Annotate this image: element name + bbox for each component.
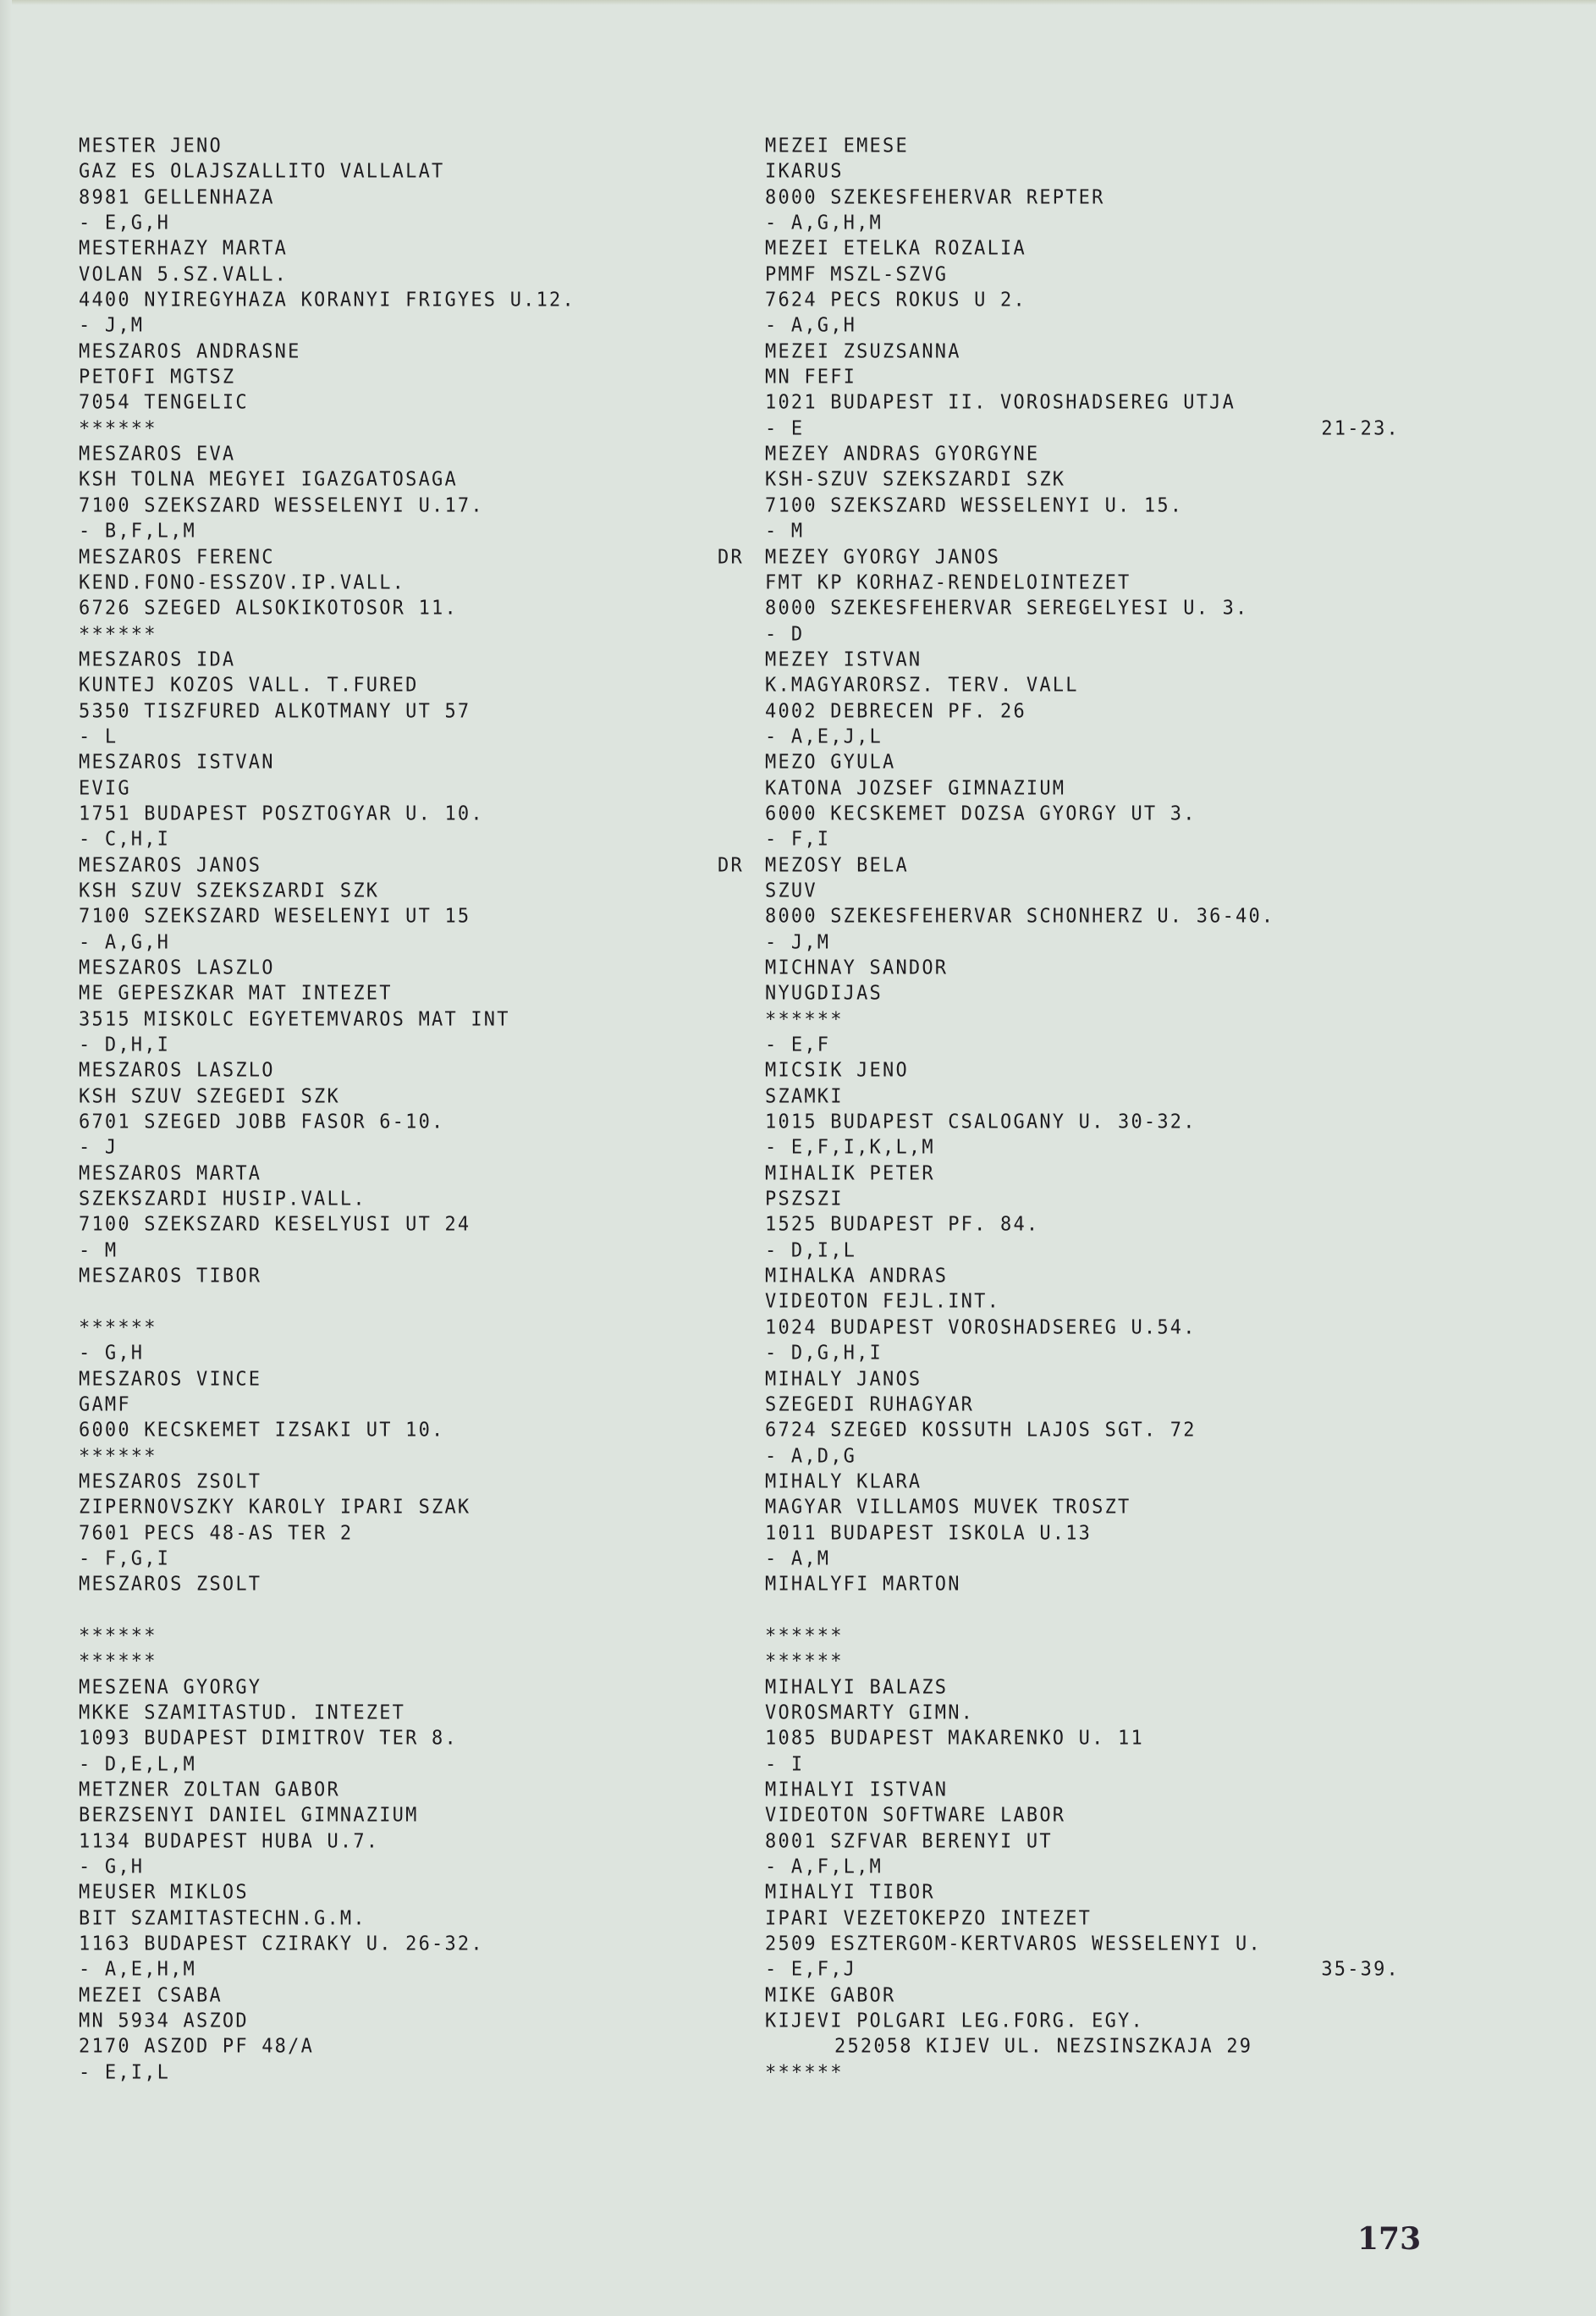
line-text: KEND.FONO-ESSZOV.IP.VALL. — [79, 571, 405, 593]
line-text: KIJEVI POLGARI LEG.FORG. EGY. — [765, 2010, 1144, 2032]
directory-line: ZIPERNOVSZKY KAROLY IPARI SZAK — [79, 1494, 705, 1521]
line-text: KSH SZUV SZEGEDI SZK — [79, 1085, 340, 1107]
line-text: - M — [79, 1239, 118, 1261]
line-text: KSH SZUV SZEKSZARDI SZK — [79, 880, 379, 902]
line-text: 8981 GELLENHAZA — [79, 186, 275, 208]
directory-line: MEUSER MIKLOS — [79, 1880, 705, 1907]
directory-line: 1093 BUDAPEST DIMITROV TER 8. — [79, 1726, 705, 1753]
line-text: ****** — [79, 1316, 157, 1338]
directory-line: 6000 KECSKEMET IZSAKI UT 10. — [79, 1417, 705, 1444]
directory-line: MIHALYI ISTVAN — [765, 1777, 1408, 1804]
line-text: MEZEI CSABA — [79, 1984, 223, 2006]
directory-line: 7100 SZEKSZARD WESSELENYI U.17. — [79, 493, 705, 520]
entry-codes: - E,I,L — [79, 2060, 705, 2087]
entry-separator: ****** — [79, 1649, 705, 1676]
directory-line: MN 5934 ASZOD — [79, 2008, 705, 2035]
directory-line: MESZAROS JANOS — [79, 852, 705, 880]
directory-line: K.MAGYARORSZ. TERV. VALL — [765, 672, 1408, 699]
line-text: MIHALYI ISTVAN — [765, 1778, 948, 1800]
entry-codes: - B,F,L,M — [79, 518, 705, 545]
directory-line: IPARI VEZETOKEPZO INTEZET — [765, 1905, 1408, 1933]
directory-line: MESZAROS TIBOR — [79, 1263, 705, 1290]
entry-codes: - E21-23. — [765, 416, 1408, 443]
line-text: ME GEPESZKAR MAT INTEZET — [79, 983, 393, 1005]
line-text: PSZSZI — [765, 1188, 844, 1210]
line-text: MIHALYI TIBOR — [765, 1882, 935, 1904]
directory-line: MN FEFI — [765, 364, 1408, 391]
entry-codes: - D — [765, 621, 1408, 648]
line-text: MESZAROS LASZLO — [79, 1060, 275, 1082]
page-number: 173 — [1357, 2221, 1421, 2257]
entry-separator: ****** — [765, 2060, 1408, 2087]
line-text: BIT SZAMITASTECHN.G.M. — [79, 1907, 366, 1929]
directory-line: 8981 GELLENHAZA — [79, 185, 705, 212]
line-text: ****** — [79, 623, 157, 645]
line-text: - G,H — [79, 1856, 144, 1878]
line-text: 7100 SZEKSZARD WESELENYI UT 15 — [79, 906, 471, 928]
line-text: - B,F,L,M — [79, 520, 196, 542]
directory-line: 4400 NYIREGYHAZA KORANYI FRIGYES U.12. — [79, 287, 705, 314]
directory-line: KSH SZUV SZEKSZARDI SZK — [79, 878, 705, 905]
directory-line: 1021 BUDAPEST II. VOROSHADSEREG UTJA — [765, 390, 1408, 417]
entry-codes: - F,I — [765, 827, 1408, 854]
line-text: MESZAROS FERENC — [79, 546, 275, 568]
directory-line: SZUV — [765, 878, 1408, 905]
directory-line — [765, 1597, 1408, 1624]
directory-line: MESZAROS LASZLO — [79, 1058, 705, 1085]
directory-line: MIKE GABOR — [765, 1982, 1408, 2010]
directory-line: 1163 BUDAPEST CZIRAKY U. 26-32. — [79, 1931, 705, 1958]
line-text: MEZEY ANDRAS GYORGYNE — [765, 443, 1039, 465]
line-text: 1525 BUDAPEST PF. 84. — [765, 1214, 1039, 1236]
directory-line: METZNER ZOLTAN GABOR — [79, 1777, 705, 1804]
directory-line: 7054 TENGELIC — [79, 390, 705, 417]
directory-line: 8000 SZEKESFEHERVAR REPTER — [765, 185, 1408, 212]
line-text: - E,F,J — [765, 1959, 856, 1981]
entry-codes: - C,H,I — [79, 827, 705, 854]
line-text: MKKE SZAMITASTUD. INTEZET — [79, 1701, 405, 1723]
directory-line: MEZEI ETELKA ROZALIA — [765, 236, 1408, 263]
line-text: 7100 SZEKSZARD KESELYUSI UT 24 — [79, 1214, 471, 1236]
line-text: MEZEI ETELKA ROZALIA — [765, 238, 1026, 260]
directory-line: MESZAROS VINCE — [79, 1366, 705, 1393]
line-text: MESZAROS LASZLO — [79, 957, 275, 979]
directory-line: 6726 SZEGED ALSOKIKOTOSOR 11. — [79, 595, 705, 622]
line-text: IKARUS — [765, 161, 844, 183]
line-text: PETOFI MGTSZ — [79, 366, 235, 388]
line-text: MESZAROS ZSOLT — [79, 1470, 261, 1492]
line-text: - A,E,H,M — [79, 1959, 196, 1981]
line-text: - A,G,H — [79, 931, 170, 953]
title-prefix: DR — [718, 544, 744, 571]
entry-codes: - E,F,I,K,L,M — [765, 1135, 1408, 1162]
entry-codes: - A,M — [765, 1546, 1408, 1573]
entry-codes: - E,G,H — [79, 210, 705, 237]
line-text: ****** — [79, 1651, 157, 1673]
entry-codes: - I — [765, 1751, 1408, 1778]
directory-line: MESZAROS ZSOLT — [79, 1469, 705, 1496]
directory-column-right: MEZEI EMESEIKARUS8000 SZEKESFEHERVAR REP… — [765, 134, 1408, 2086]
line-text: EVIG — [79, 777, 131, 799]
entry-separator: ****** — [79, 416, 705, 443]
entry-codes: - E,F,J35-39. — [765, 1957, 1408, 1984]
line-text: VIDEOTON FEJL.INT. — [765, 1291, 1000, 1313]
directory-line: PETOFI MGTSZ — [79, 364, 705, 391]
directory-line: 7100 SZEKSZARD KESELYUSI UT 24 — [79, 1212, 705, 1239]
directory-line: KSH TOLNA MEGYEI IGAZGATOSAGA — [79, 467, 705, 494]
directory-line: MICHNAY SANDOR — [765, 955, 1408, 982]
directory-line: MEZEI ZSUZSANNA — [765, 339, 1408, 366]
directory-line: 8001 SZFVAR BERENYI UT — [765, 1828, 1408, 1856]
line-text: 1024 BUDAPEST VOROSHADSEREG U.54. — [765, 1316, 1197, 1338]
line-text: - E,F,I,K,L,M — [765, 1137, 935, 1159]
line-text: 2170 ASZOD PF 48/A — [79, 2036, 314, 2058]
entry-separator: ****** — [79, 1315, 705, 1342]
directory-column-left: MESTER JENOGAZ ES OLAJSZALLITO VALLALAT8… — [79, 134, 705, 2086]
directory-line: KIJEVI POLGARI LEG.FORG. EGY. — [765, 2008, 1408, 2035]
line-text: - E,G,H — [79, 212, 170, 234]
directory-line: 1134 BUDAPEST HUBA U.7. — [79, 1828, 705, 1856]
entry-codes: - J,M — [79, 313, 705, 340]
directory-line: PSZSZI — [765, 1186, 1408, 1213]
line-text: GAMF — [79, 1393, 131, 1415]
directory-line: MICSIK JENO — [765, 1058, 1408, 1085]
line-text: 1015 BUDAPEST CSALOGANY U. 30-32. — [765, 1111, 1197, 1133]
line-text: MESZAROS IDA — [79, 648, 235, 670]
line-text: 252058 KIJEV UL. NEZSINSZKAJA 29 — [834, 2036, 1252, 2058]
line-text: ****** — [765, 1008, 844, 1030]
line-text: - A,G,H,M — [765, 212, 883, 234]
line-text: ****** — [765, 1624, 844, 1646]
directory-line: EVIG — [79, 775, 705, 802]
line-text: SZUV — [765, 880, 817, 902]
directory-line: MKKE SZAMITASTUD. INTEZET — [79, 1700, 705, 1727]
entry-separator: ****** — [765, 1623, 1408, 1650]
entry-codes: - D,I,L — [765, 1238, 1408, 1265]
line-text: MEZEY GYORGY JANOS — [765, 546, 1000, 568]
directory-line: VIDEOTON FEJL.INT. — [765, 1289, 1408, 1316]
line-text: - J,M — [765, 931, 830, 953]
line-text: ****** — [79, 1624, 157, 1646]
line-text: - D,I,L — [765, 1239, 856, 1261]
directory-line: VOROSMARTY GIMN. — [765, 1700, 1408, 1727]
line-text: KUNTEJ KOZOS VALL. T.FURED — [79, 675, 419, 697]
directory-line: KSH-SZUV SZEKSZARDI SZK — [765, 467, 1408, 494]
directory-line: 8000 SZEKESFEHERVAR SEREGELYESI U. 3. — [765, 595, 1408, 622]
directory-line: MESTER JENO — [79, 133, 705, 160]
line-text: - A,F,L,M — [765, 1856, 883, 1878]
line-text: MIHALYFI MARTON — [765, 1574, 961, 1596]
entry-codes: - J,M — [765, 929, 1408, 957]
line-text: K.MAGYARORSZ. TERV. VALL — [765, 675, 1079, 697]
line-text: ****** — [79, 417, 157, 439]
directory-line: KSH SZUV SZEGEDI SZK — [79, 1084, 705, 1111]
line-text: MESZAROS ZSOLT — [79, 1574, 261, 1596]
directory-line: 7100 SZEKSZARD WESELENYI UT 15 — [79, 904, 705, 931]
line-text: MN FEFI — [765, 366, 856, 388]
title-prefix: DR — [718, 852, 744, 880]
directory-line: 1751 BUDAPEST POSZTOGYAR U. 10. — [79, 801, 705, 828]
directory-line: 6724 SZEGED KOSSUTH LAJOS SGT. 72 — [765, 1417, 1408, 1444]
directory-line: FMT KP KORHAZ-RENDELOINTEZET — [765, 570, 1408, 597]
line-text: 7624 PECS ROKUS U 2. — [765, 289, 1026, 311]
entry-codes: - A,G,H — [765, 313, 1408, 340]
directory-line: MIHALIK PETER — [765, 1161, 1408, 1188]
line-text: IPARI VEZETOKEPZO INTEZET — [765, 1907, 1092, 1929]
directory-line: 6000 KECSKEMET DOZSA GYORGY UT 3. — [765, 801, 1408, 828]
line-text: ****** — [79, 1445, 157, 1467]
page-top-edge — [0, 0, 1596, 5]
line-text: 8000 SZEKESFEHERVAR REPTER — [765, 186, 1105, 208]
directory-line: 7100 SZEKSZARD WESSELENYI U. 15. — [765, 493, 1408, 520]
entry-codes: - L — [79, 724, 705, 751]
directory-line: MESZAROS ANDRASNE — [79, 339, 705, 366]
line-text: 4400 NYIREGYHAZA KORANYI FRIGYES U.12. — [79, 289, 575, 311]
directory-line — [79, 1289, 705, 1316]
line-text: 1134 BUDAPEST HUBA U.7. — [79, 1830, 379, 1852]
line-text: 1751 BUDAPEST POSZTOGYAR U. 10. — [79, 802, 484, 824]
directory-line: ME GEPESZKAR MAT INTEZET — [79, 981, 705, 1008]
line-text: ****** — [765, 1651, 844, 1673]
line-text: MIHALY JANOS — [765, 1368, 922, 1390]
directory-line: MIHALY JANOS — [765, 1366, 1408, 1393]
entry-codes: - D,H,I — [79, 1032, 705, 1059]
directory-line: 6701 SZEGED JOBB FASOR 6-10. — [79, 1109, 705, 1136]
directory-line: SZAMKI — [765, 1084, 1408, 1111]
line-text: - D,E,L,M — [79, 1753, 196, 1775]
entry-codes: - E,F — [765, 1032, 1408, 1059]
address-continuation: 21-23. — [1321, 416, 1400, 443]
entry-codes: - M — [765, 518, 1408, 545]
line-text: MIKE GABOR — [765, 1984, 895, 2006]
line-text: - M — [765, 520, 804, 542]
entry-codes: - D,G,H,I — [765, 1340, 1408, 1367]
page-binding-edge — [0, 0, 12, 2316]
directory-line: MIHALYI TIBOR — [765, 1880, 1408, 1907]
line-text: - I — [765, 1753, 804, 1775]
line-text: 1085 BUDAPEST MAKARENKO U. 11 — [765, 1728, 1144, 1750]
line-text: SZEKSZARDI HUSIP.VALL. — [79, 1188, 366, 1210]
entry-codes: - G,H — [79, 1340, 705, 1367]
directory-line: MIHALY KLARA — [765, 1469, 1408, 1496]
directory-line: BERZSENYI DANIEL GIMNAZIUM — [79, 1803, 705, 1830]
directory-line: 1525 BUDAPEST PF. 84. — [765, 1212, 1408, 1239]
line-text: 7100 SZEKSZARD WESSELENYI U. 15. — [765, 494, 1183, 516]
line-text: MIHALKA ANDRAS — [765, 1265, 948, 1287]
line-text: 7100 SZEKSZARD WESSELENYI U.17. — [79, 494, 484, 516]
line-text: MESZAROS MARTA — [79, 1162, 261, 1184]
directory-line: 1015 BUDAPEST CSALOGANY U. 30-32. — [765, 1109, 1408, 1136]
directory-line: MESZAROS ZSOLT — [79, 1571, 705, 1598]
line-text: MESTERHAZY MARTA — [79, 238, 288, 260]
line-text: 6701 SZEGED JOBB FASOR 6-10. — [79, 1111, 444, 1133]
line-text: - F,G,I — [79, 1547, 170, 1569]
directory-line: MESZAROS FERENC — [79, 544, 705, 571]
line-text: METZNER ZOLTAN GABOR — [79, 1778, 340, 1800]
line-text: MEZEI EMESE — [765, 135, 909, 157]
line-text: MESTER JENO — [79, 135, 223, 157]
directory-line: MEZO GYULA — [765, 749, 1408, 776]
line-text: - A,D,G — [765, 1445, 856, 1467]
line-text: - L — [79, 725, 118, 747]
line-text: VOROSMARTY GIMN. — [765, 1701, 974, 1723]
entry-separator: ****** — [79, 1443, 705, 1470]
line-text: 3515 MISKOLC EGYETEMVAROS MAT INT — [79, 1008, 510, 1030]
entry-codes: - A,D,G — [765, 1443, 1408, 1470]
entry-codes: - M — [79, 1238, 705, 1265]
line-text: MESZAROS VINCE — [79, 1368, 261, 1390]
directory-line — [79, 1597, 705, 1624]
line-text: MICSIK JENO — [765, 1060, 909, 1082]
line-text: - E — [765, 417, 804, 439]
line-text: MESZAROS TIBOR — [79, 1265, 261, 1287]
directory-line: MEZEY ANDRAS GYORGYNE — [765, 441, 1408, 468]
directory-line: GAMF — [79, 1392, 705, 1419]
directory-line: MESZAROS LASZLO — [79, 955, 705, 982]
line-text: MEZOSY BELA — [765, 854, 909, 876]
directory-line: MESZAROS EVA — [79, 441, 705, 468]
entry-separator: ****** — [79, 1623, 705, 1650]
line-text: - A,M — [765, 1547, 830, 1569]
entry-codes: - A,E,J,L — [765, 724, 1408, 751]
entry-codes: - J — [79, 1135, 705, 1162]
directory-line: MESTERHAZY MARTA — [79, 236, 705, 263]
entry-codes: - D,E,L,M — [79, 1751, 705, 1778]
line-text: ZIPERNOVSZKY KAROLY IPARI SZAK — [79, 1497, 471, 1519]
directory-line: 252058 KIJEV UL. NEZSINSZKAJA 29 — [765, 2034, 1408, 2061]
directory-line: 2170 ASZOD PF 48/A — [79, 2034, 705, 2061]
line-text: MESZAROS JANOS — [79, 854, 261, 876]
line-text: 6000 KECSKEMET DOZSA GYORGY UT 3. — [765, 802, 1197, 824]
line-text: - J — [79, 1137, 118, 1159]
line-text: - A,E,J,L — [765, 725, 883, 747]
directory-line: 7624 PECS ROKUS U 2. — [765, 287, 1408, 314]
directory-line: SZEGEDI RUHAGYAR — [765, 1392, 1408, 1419]
entry-codes: - A,G,H — [79, 929, 705, 957]
directory-line: 1085 BUDAPEST MAKARENKO U. 11 — [765, 1726, 1408, 1753]
entry-separator: ****** — [765, 1006, 1408, 1034]
directory-line: 4002 DEBRECEN PF. 26 — [765, 698, 1408, 725]
line-text: PMMF MSZL-SZVG — [765, 263, 948, 285]
directory-line: MIHALYI BALAZS — [765, 1674, 1408, 1701]
line-text: FMT KP KORHAZ-RENDELOINTEZET — [765, 571, 1131, 593]
directory-line: MIHALYFI MARTON — [765, 1571, 1408, 1598]
line-text: MEZEI ZSUZSANNA — [765, 340, 961, 362]
entry-separator: ****** — [765, 1649, 1408, 1676]
directory-line: MEZEY ISTVAN — [765, 647, 1408, 674]
line-text: VIDEOTON SOFTWARE LABOR — [765, 1805, 1065, 1827]
directory-line: KUNTEJ KOZOS VALL. T.FURED — [79, 672, 705, 699]
line-text: MEZEY ISTVAN — [765, 648, 922, 670]
entry-codes: - F,G,I — [79, 1546, 705, 1573]
line-text: MIHALYI BALAZS — [765, 1676, 948, 1698]
line-text: - E,F — [765, 1034, 830, 1056]
directory-line: VOLAN 5.SZ.VALL. — [79, 262, 705, 289]
line-text: - D,G,H,I — [765, 1342, 883, 1364]
line-text: GAZ ES OLAJSZALLITO VALLALAT — [79, 161, 444, 183]
entry-separator: ****** — [79, 621, 705, 648]
line-text: 8001 SZFVAR BERENYI UT — [765, 1830, 1053, 1852]
directory-line: VIDEOTON SOFTWARE LABOR — [765, 1803, 1408, 1830]
directory-line: 7601 PECS 48-AS TER 2 — [79, 1520, 705, 1547]
directory-line: 2509 ESZTERGOM-KERTVAROS WESSELENYI U. — [765, 1931, 1408, 1958]
line-text: MIHALIK PETER — [765, 1162, 935, 1184]
directory-line: IKARUS — [765, 159, 1408, 186]
line-text: 1011 BUDAPEST ISKOLA U.13 — [765, 1522, 1092, 1544]
directory-line: 3515 MISKOLC EGYETEMVAROS MAT INT — [79, 1006, 705, 1034]
line-text: 2509 ESZTERGOM-KERTVAROS WESSELENYI U. — [765, 1933, 1262, 1955]
directory-line: NYUGDIJAS — [765, 981, 1408, 1008]
directory-line: MIHALKA ANDRAS — [765, 1263, 1408, 1290]
line-text: - C,H,I — [79, 829, 170, 851]
line-text: 6000 KECSKEMET IZSAKI UT 10. — [79, 1420, 444, 1442]
line-text: MEZO GYULA — [765, 752, 895, 774]
directory-line: KATONA JOZSEF GIMNAZIUM — [765, 775, 1408, 802]
line-text: 1021 BUDAPEST II. VOROSHADSEREG UTJA — [765, 392, 1236, 414]
line-text: VOLAN 5.SZ.VALL. — [79, 263, 288, 285]
directory-line: MESZENA GYORGY — [79, 1674, 705, 1701]
directory-line: BIT SZAMITASTECHN.G.M. — [79, 1905, 705, 1933]
line-text: - E,I,L — [79, 2061, 170, 2083]
directory-line: MESZAROS MARTA — [79, 1161, 705, 1188]
directory-line: MEZEI EMESE — [765, 133, 1408, 160]
line-text: 8000 SZEKESFEHERVAR SCHONHERZ U. 36-40. — [765, 906, 1274, 928]
line-text: KSH-SZUV SZEKSZARDI SZK — [765, 469, 1065, 491]
line-text: ****** — [765, 2061, 844, 2083]
line-text: KSH TOLNA MEGYEI IGAZGATOSAGA — [79, 469, 458, 491]
line-text: MESZAROS EVA — [79, 443, 235, 465]
line-text: 7054 TENGELIC — [79, 392, 249, 414]
line-text: - F,I — [765, 829, 830, 851]
line-text: SZEGEDI RUHAGYAR — [765, 1393, 974, 1415]
line-text: - A,G,H — [765, 315, 856, 337]
line-text: MAGYAR VILLAMOS MUVEK TROSZT — [765, 1497, 1131, 1519]
line-text: MESZENA GYORGY — [79, 1676, 261, 1698]
line-text: - D — [765, 623, 804, 645]
line-text: 1093 BUDAPEST DIMITROV TER 8. — [79, 1728, 458, 1750]
line-text: NYUGDIJAS — [765, 983, 883, 1005]
entry-codes: - A,E,H,M — [79, 1957, 705, 1984]
line-text: MEUSER MIKLOS — [79, 1882, 249, 1904]
line-text: MIHALY KLARA — [765, 1470, 922, 1492]
line-text: MN 5934 ASZOD — [79, 2010, 249, 2032]
line-text: 6724 SZEGED KOSSUTH LAJOS SGT. 72 — [765, 1420, 1197, 1442]
directory-line: 5350 TISZFURED ALKOTMANY UT 57 — [79, 698, 705, 725]
line-text: 6726 SZEGED ALSOKIKOTOSOR 11. — [79, 598, 458, 620]
line-text: 7601 PECS 48-AS TER 2 — [79, 1522, 353, 1544]
directory-line: SZEKSZARDI HUSIP.VALL. — [79, 1186, 705, 1213]
line-text: - G,H — [79, 1342, 144, 1364]
entry-codes: - G,H — [79, 1854, 705, 1881]
entry-codes: - A,G,H,M — [765, 210, 1408, 237]
address-continuation: 35-39. — [1321, 1957, 1400, 1984]
line-text: MESZAROS ISTVAN — [79, 752, 275, 774]
line-text: - D,H,I — [79, 1034, 170, 1056]
line-text: 1163 BUDAPEST CZIRAKY U. 26-32. — [79, 1933, 484, 1955]
directory-line: 1011 BUDAPEST ISKOLA U.13 — [765, 1520, 1408, 1547]
directory-line: GAZ ES OLAJSZALLITO VALLALAT — [79, 159, 705, 186]
line-text: 4002 DEBRECEN PF. 26 — [765, 700, 1026, 722]
line-text: MICHNAY SANDOR — [765, 957, 948, 979]
directory-line: MEZEI CSABA — [79, 1982, 705, 2010]
line-text: MESZAROS ANDRASNE — [79, 340, 301, 362]
directory-line: KEND.FONO-ESSZOV.IP.VALL. — [79, 570, 705, 597]
entry-codes: - A,F,L,M — [765, 1854, 1408, 1881]
line-text: 5350 TISZFURED ALKOTMANY UT 57 — [79, 700, 471, 722]
directory-line: DRMEZOSY BELA — [765, 852, 1408, 880]
directory-line: MESZAROS IDA — [79, 647, 705, 674]
directory-line: 1024 BUDAPEST VOROSHADSEREG U.54. — [765, 1315, 1408, 1342]
